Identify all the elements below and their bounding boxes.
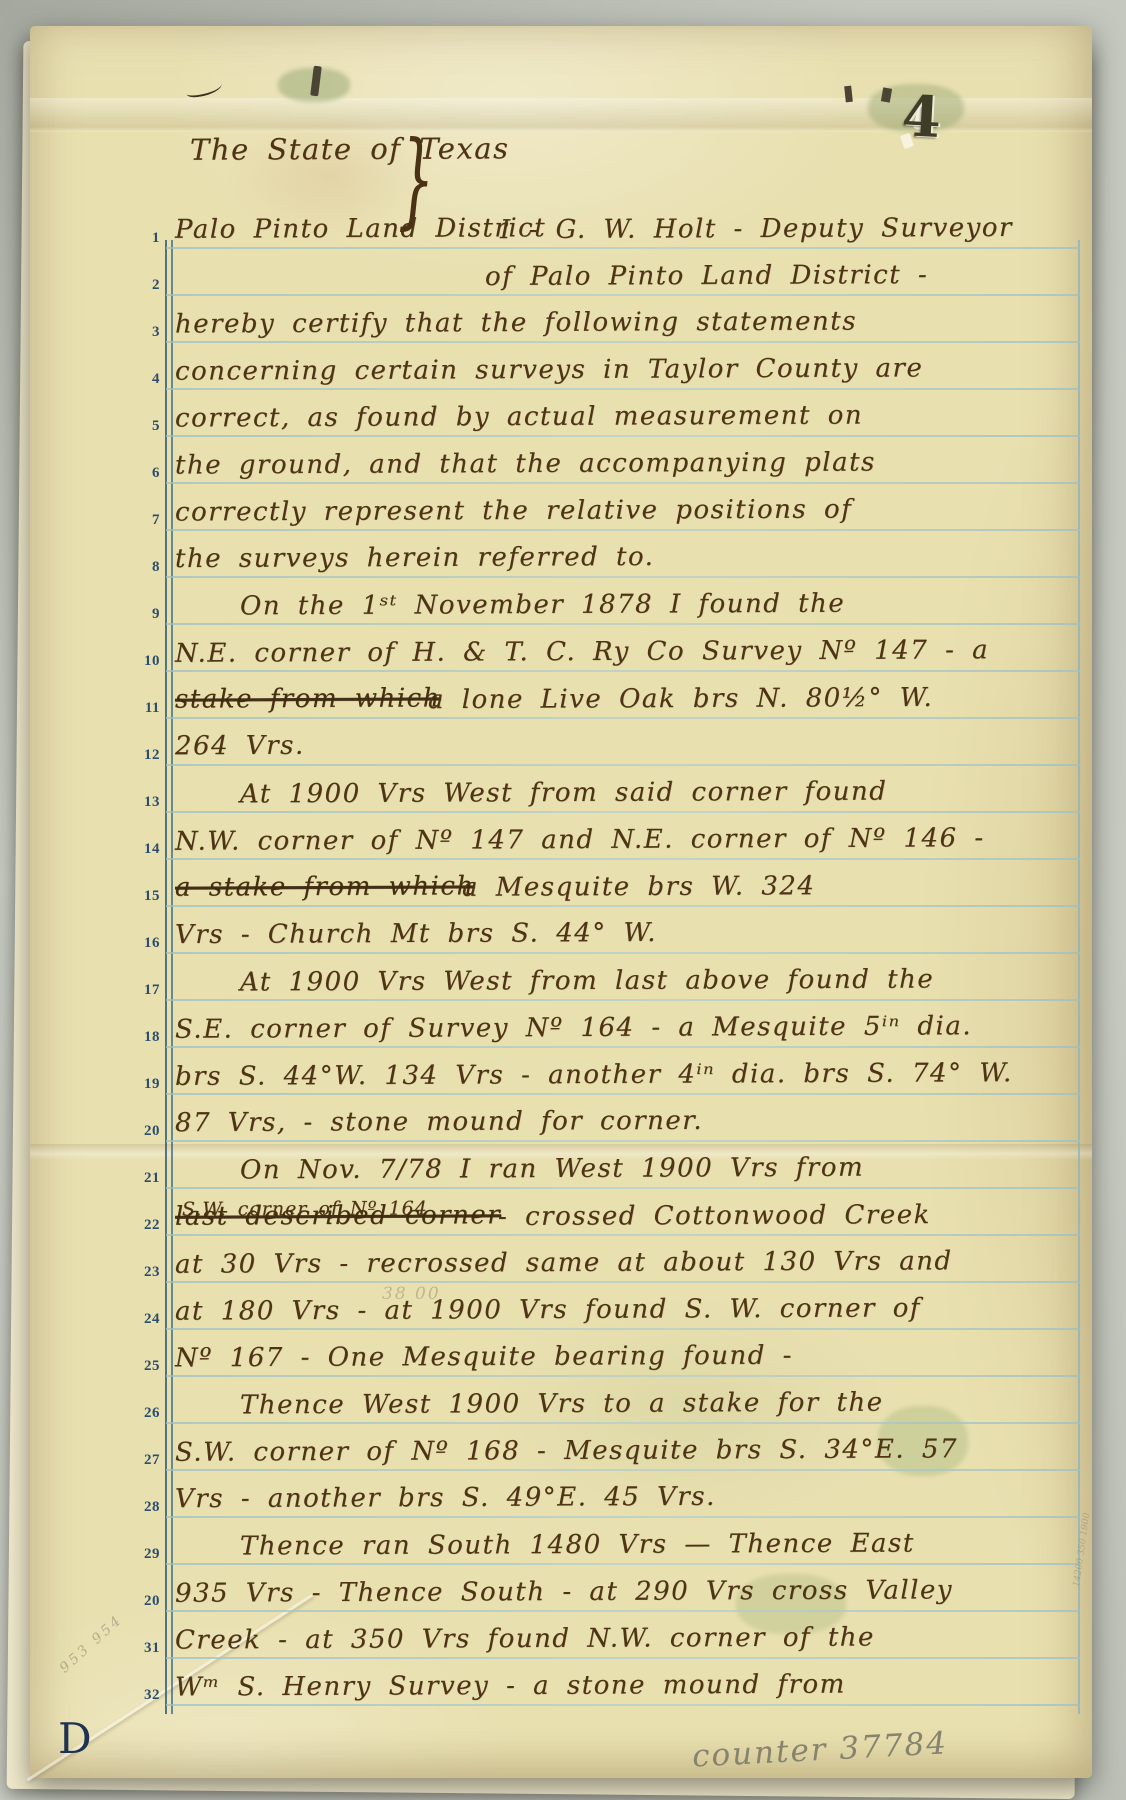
ruled-line bbox=[166, 1375, 1080, 1377]
ruled-line bbox=[166, 529, 1080, 531]
handwritten-text: Vrs - Church Mt brs S. 44° W. bbox=[175, 918, 657, 950]
line-number: 19 bbox=[132, 1076, 160, 1093]
line-number: 29 bbox=[132, 1546, 160, 1563]
line-number: 15 bbox=[132, 888, 160, 905]
line-number: 12 bbox=[132, 747, 160, 764]
handwritten-text: a Mesquite brs W. 324 bbox=[462, 871, 816, 903]
ruled-line bbox=[166, 1140, 1080, 1142]
ruled-line bbox=[166, 1657, 1080, 1659]
ruled-line bbox=[166, 764, 1080, 766]
ruled-line bbox=[166, 1281, 1080, 1283]
line-number: 31 bbox=[132, 1640, 160, 1657]
ruled-line bbox=[166, 1704, 1080, 1706]
line-number: 28 bbox=[132, 1499, 160, 1516]
ruled-line bbox=[166, 905, 1080, 907]
pencil-scribble: 953 954 bbox=[57, 1612, 126, 1677]
line-number: 22 bbox=[132, 1217, 160, 1234]
handwritten-text: of Palo Pinto Land District - bbox=[485, 260, 928, 292]
line-number: 5 bbox=[132, 418, 160, 435]
line-number: 21 bbox=[132, 1170, 160, 1187]
pencil-file-number: counter 37784 bbox=[691, 1725, 949, 1774]
header-state-line: The State of Texas bbox=[190, 131, 510, 166]
handwritten-text: correctly represent the relative positio… bbox=[175, 495, 852, 528]
ruled-line bbox=[166, 811, 1080, 813]
handwritten-text: Thence ran South 1480 Vrs — Thence East bbox=[240, 1529, 915, 1562]
ruled-line bbox=[166, 1516, 1080, 1518]
ruled-line bbox=[166, 1469, 1080, 1471]
line-number: 6 bbox=[132, 465, 160, 482]
line-number: 17 bbox=[132, 982, 160, 999]
ruled-line bbox=[166, 670, 1080, 672]
handwritten-text: the ground, and that the accompanying pl… bbox=[175, 447, 876, 480]
handwritten-text: correct, as found by actual measurement … bbox=[175, 400, 863, 433]
line-number: 9 bbox=[132, 606, 160, 623]
line-number: 11 bbox=[132, 700, 160, 717]
line-number: 14 bbox=[132, 841, 160, 858]
interline-insertion: S.W. corner of Nº 164 bbox=[182, 1197, 428, 1220]
scan-background: 4 The State of Texas } 1Palo Pinto Land … bbox=[0, 0, 1126, 1800]
ruled-line bbox=[166, 576, 1080, 578]
handwritten-text: 264 Vrs. bbox=[175, 731, 305, 762]
handwritten-text: On Nov. 7/78 I ran West 1900 Vrs from bbox=[240, 1153, 864, 1186]
ruled-line bbox=[166, 1234, 1080, 1236]
handwritten-text: Thence West 1900 Vrs to a stake for the bbox=[240, 1388, 884, 1421]
ruled-line bbox=[166, 247, 1080, 249]
line-number: 13 bbox=[132, 794, 160, 811]
ruled-line bbox=[166, 1328, 1080, 1330]
ink-flick bbox=[185, 79, 223, 98]
handwritten-text: concerning certain surveys in Taylor Cou… bbox=[175, 353, 923, 386]
handwritten-text: At 1900 Vrs West from said corner found bbox=[240, 777, 888, 810]
line-number: 16 bbox=[132, 935, 160, 952]
pencil-edge-numbers: 14200 350 1900 bbox=[1072, 1512, 1092, 1587]
handwritten-text: at 30 Vrs - recrossed same at about 130 … bbox=[175, 1246, 953, 1279]
handwritten-text: hereby certify that the following statem… bbox=[175, 307, 857, 340]
handwritten-text: the surveys herein referred to. bbox=[175, 542, 655, 574]
handwritten-text: N.E. corner of H. & T. C. Ry Co Survey N… bbox=[175, 635, 989, 669]
line-number: 7 bbox=[132, 512, 160, 529]
handwritten-text-struck: stake from which bbox=[175, 683, 441, 714]
left-margin-rule-inner bbox=[171, 240, 173, 1714]
handwritten-text: at 180 Vrs - at 1900 Vrs found S. W. cor… bbox=[175, 1293, 921, 1326]
ink-mark bbox=[844, 86, 853, 103]
ruled-line bbox=[166, 1422, 1080, 1424]
line-number: 8 bbox=[132, 559, 160, 576]
pencil-number: 38 00 bbox=[382, 1284, 441, 1304]
ruled-line bbox=[166, 952, 1080, 954]
line-number: 23 bbox=[132, 1264, 160, 1281]
handwritten-text: Nº 167 - One Mesquite bearing found - bbox=[175, 1341, 793, 1374]
left-margin-rule bbox=[165, 240, 167, 1714]
handwritten-text: On the 1ˢᵗ November 1878 I found the bbox=[240, 589, 845, 622]
line-number: 32 bbox=[132, 1687, 160, 1704]
ruled-line bbox=[166, 435, 1080, 437]
right-margin-rule bbox=[1078, 240, 1080, 1714]
handwritten-text: At 1900 Vrs West from last above found t… bbox=[240, 964, 934, 997]
ruled-line bbox=[166, 1046, 1080, 1048]
ruled-line bbox=[166, 1610, 1080, 1612]
line-number: 27 bbox=[132, 1452, 160, 1469]
page-number-stamp: 4 bbox=[900, 83, 942, 151]
ruled-line bbox=[166, 717, 1080, 719]
handwritten-text: a lone Live Oak brs N. 80½° W. bbox=[428, 683, 933, 715]
line-number: 26 bbox=[132, 1405, 160, 1422]
ruled-line bbox=[166, 1093, 1080, 1095]
document-page: 4 The State of Texas } 1Palo Pinto Land … bbox=[30, 26, 1092, 1778]
ruled-line bbox=[166, 294, 1080, 296]
ruled-line bbox=[166, 623, 1080, 625]
line-number: 10 bbox=[132, 653, 160, 670]
line-number: 3 bbox=[132, 324, 160, 341]
handwritten-text: - crossed Cottonwood Creek bbox=[498, 1200, 931, 1232]
handwritten-text: Palo Pinto Land District bbox=[175, 213, 546, 245]
ink-letter-D: D bbox=[58, 1714, 92, 1763]
line-number: 20 bbox=[132, 1123, 160, 1140]
handwritten-text: S.W. corner of Nº 168 - Mesquite brs S. … bbox=[175, 1434, 958, 1467]
handwritten-text: S.E. corner of Survey Nº 164 - a Mesquit… bbox=[175, 1011, 972, 1044]
ruled-line bbox=[166, 482, 1080, 484]
handwritten-text: Creek - at 350 Vrs found N.W. corner of … bbox=[175, 1622, 875, 1655]
handwritten-text-struck: a stake from which bbox=[175, 871, 475, 902]
line-number: 2 bbox=[132, 277, 160, 294]
line-number: 18 bbox=[132, 1029, 160, 1046]
handwritten-text: Vrs - another brs S. 49°E. 45 Vrs. bbox=[175, 1482, 716, 1514]
ruled-line bbox=[166, 999, 1080, 1001]
ruled-line bbox=[166, 858, 1080, 860]
handwritten-text: 87 Vrs, - stone mound for corner. bbox=[175, 1106, 703, 1138]
handwritten-text: brs S. 44°W. 134 Vrs - another 4ⁱⁿ dia. … bbox=[175, 1058, 1013, 1092]
ruled-line bbox=[166, 1563, 1080, 1565]
ruled-line bbox=[166, 1187, 1080, 1189]
ruled-line bbox=[166, 341, 1080, 343]
handwritten-text: N.W. corner of Nº 147 and N.E. corner of… bbox=[175, 823, 985, 857]
line-number: 4 bbox=[132, 371, 160, 388]
line-number: 24 bbox=[132, 1311, 160, 1328]
line-number: 20 bbox=[132, 1593, 160, 1610]
handwritten-text: Wᵐ S. Henry Survey - a stone mound from bbox=[175, 1670, 846, 1703]
line-number: 1 bbox=[132, 230, 160, 247]
line-number: 25 bbox=[132, 1358, 160, 1375]
ruled-line bbox=[166, 388, 1080, 390]
handwritten-text: I - G. W. Holt - Deputy Surveyor bbox=[500, 213, 1013, 245]
handwritten-text: 935 Vrs - Thence South - at 290 Vrs cros… bbox=[175, 1575, 953, 1608]
